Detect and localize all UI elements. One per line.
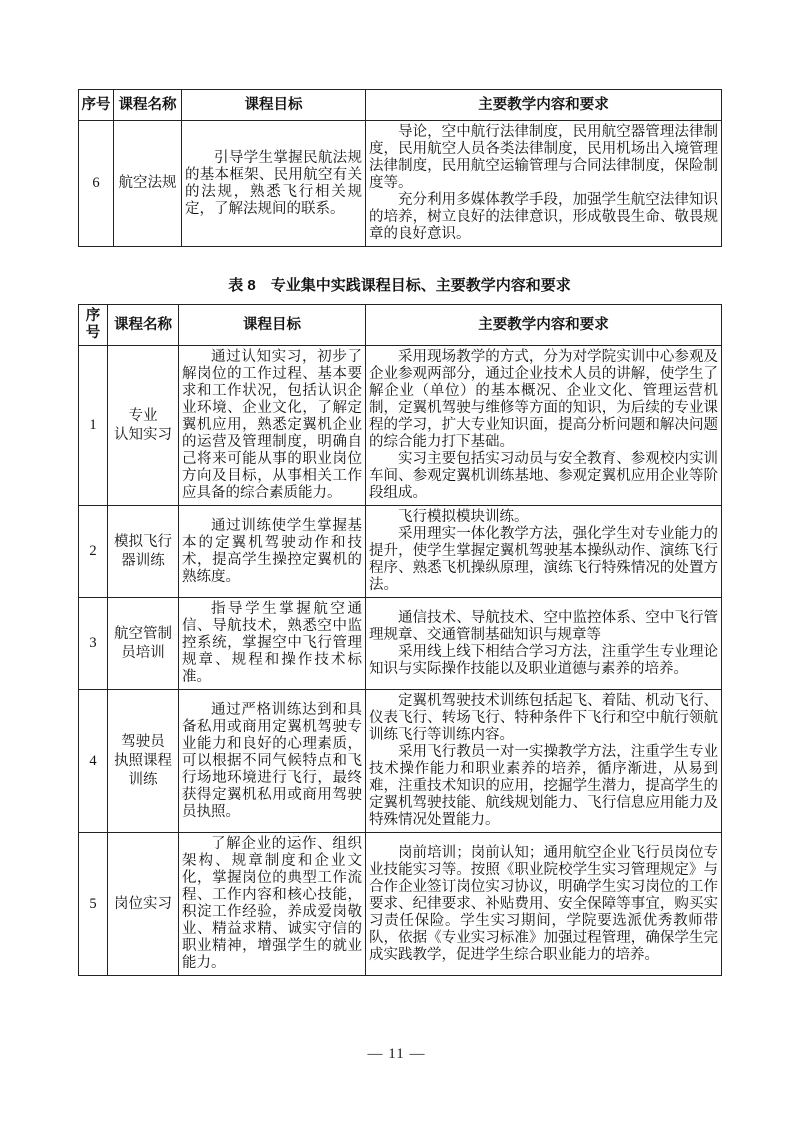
table-row: 1专业认知实习通过认知实习，初步了解岗位的工作过程、基本要求和工作状况，包括认识… [79,346,722,506]
practice-course-table: 序号 课程名称 课程目标 主要教学内容和要求 1专业认知实习通过认知实习，初步了… [78,304,722,976]
teaching-content: 定翼机驾驶技术训练包括起飞、着陆、机动飞行、仪表飞行、转场飞行、特种条件下飞行和… [366,690,722,833]
course-objective: 通过严格训练达到和具备私用或商用定翼机驾驶专业能力和良好的心理素质，可以根据不同… [179,690,366,833]
document-page: { "page": { "number": "— 11 —" }, "table… [0,0,793,1122]
header-teaching-content: 主要教学内容和要求 [366,90,722,121]
teaching-content: 通信技术、导航技术、空中监控体系、空中飞行管理规章、交通管制基础知识与规章等采用… [366,598,722,690]
row-serial-number: 5 [79,833,108,976]
table-row: 4驾驶员执照课程训练通过严格训练达到和具备私用或商用定翼机驾驶专业能力和良好的心… [79,690,722,833]
table-row: 6航空法规引导学生掌握民航法规的基本框架、民用航空有关的法规，熟悉飞行相关规定，… [79,121,722,247]
teaching-content: 岗前培训；岗前认知；通用航空企业飞行员岗位专业技能实习等。按照《职业院校学生实习… [366,833,722,976]
row-serial-number: 2 [79,506,108,598]
header-course-name: 课程名称 [114,90,182,121]
row-serial-number: 1 [79,346,108,506]
course-name: 模拟飞行器训练 [108,506,179,598]
table-row: 2模拟飞行器训练通过训练使学生掌握基本的定翼机驾驶动作和技术，提高学生操控定翼机… [79,506,722,598]
header-serial-number: 序号 [79,90,114,121]
teaching-content: 采用现场教学的方式，分为对学院实训中心参观及企业参观两部分，通过企业技术人员的讲… [366,346,722,506]
row-serial-number: 6 [79,121,114,247]
table8-title: 表 8 专业集中实践课程目标、主要教学内容和要求 [78,274,721,295]
table-row: 3航空管制员培训指导学生掌握航空通信、导航技术，熟悉空中监控系统，掌握空中飞行管… [79,598,722,690]
page-number: — 11 — [0,1046,793,1063]
header-teaching-content: 主要教学内容和要求 [366,305,722,346]
row-serial-number: 3 [79,598,108,690]
table-header-row: 序号 课程名称 课程目标 主要教学内容和要求 [79,305,722,346]
course-name: 航空法规 [114,121,182,247]
teaching-content: 飞行模拟模块训练。采用理实一体化教学方法，强化学生对专业能力的提升，使学生掌握定… [366,506,722,598]
course-name: 驾驶员执照课程训练 [108,690,179,833]
course-name: 专业认知实习 [108,346,179,506]
header-serial-number: 序号 [79,305,108,346]
header-course-name: 课程名称 [108,305,179,346]
course-objective: 引导学生掌握民航法规的基本框架、民用航空有关的法规，熟悉飞行相关规定，了解法规间… [182,121,366,247]
row-serial-number: 4 [79,690,108,833]
teaching-content: 导论，空中航行法律制度，民用航空器管理法律制度，民用航空人员各类法律制度，民用机… [366,121,722,247]
course-name: 航空管制员培训 [108,598,179,690]
table-row: 5岗位实习了解企业的运作、组织架构、规章制度和企业文化，掌握岗位的典型工作流程、… [79,833,722,976]
header-course-objective: 课程目标 [179,305,366,346]
course-objective: 通过训练使学生掌握基本的定翼机驾驶动作和技术，提高学生操控定翼机的熟练度。 [179,506,366,598]
page-content: 序号 课程名称 课程目标 主要教学内容和要求 6航空法规引导学生掌握民航法规的基… [78,89,721,976]
course-objective: 了解企业的运作、组织架构、规章制度和企业文化，掌握岗位的典型工作流程、工作内容和… [179,833,366,976]
header-course-objective: 课程目标 [182,90,366,121]
course-objective: 通过认知实习，初步了解岗位的工作过程、基本要求和工作状况，包括认识企业环境、企业… [179,346,366,506]
table-header-row: 序号 课程名称 课程目标 主要教学内容和要求 [79,90,722,121]
course-table-continued: 序号 课程名称 课程目标 主要教学内容和要求 6航空法规引导学生掌握民航法规的基… [78,89,722,247]
course-objective: 指导学生掌握航空通信、导航技术，熟悉空中监控系统，掌握空中飞行管理规章、规程和操… [179,598,366,690]
course-name: 岗位实习 [108,833,179,976]
